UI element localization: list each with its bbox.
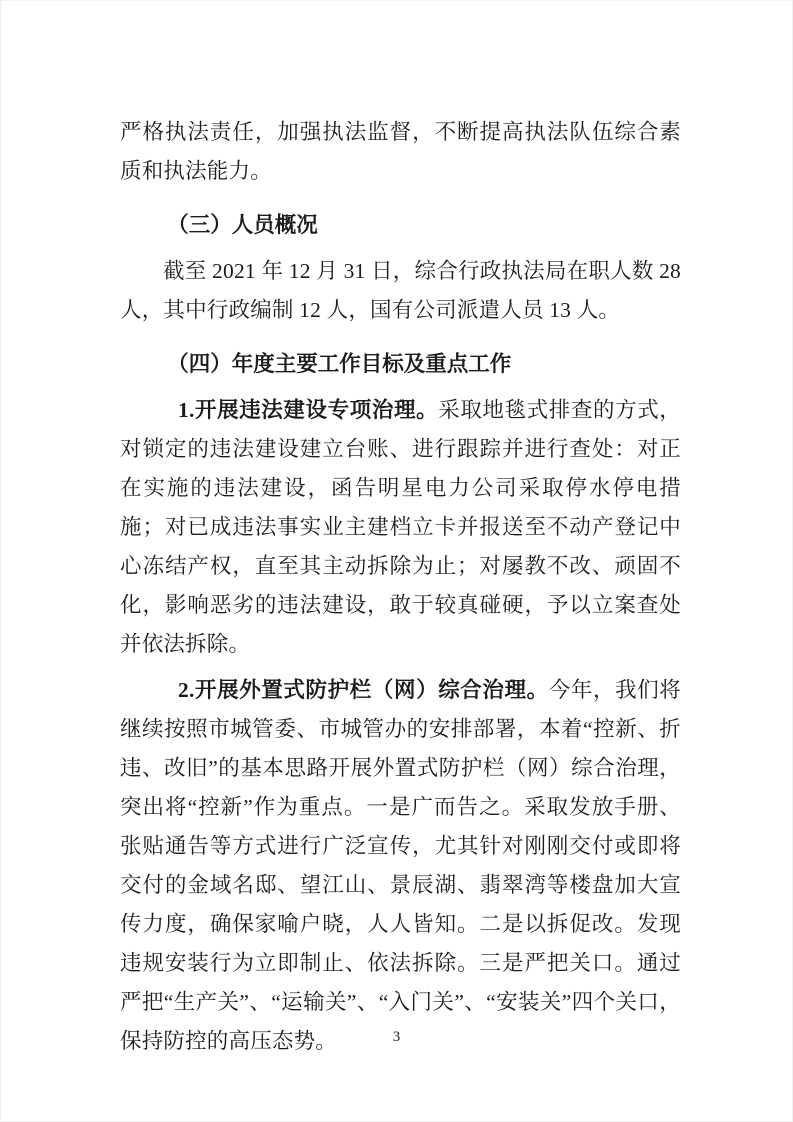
document-page: 严格执法责任，加强执法监督，不断提高执法队伍综合素质和执法能力。 （三）人员概况… <box>0 0 793 1122</box>
numbered-paragraph-1-body: 采取地毯式排查的方式，对锁定的违法建设建立台账、进行跟踪并进行查处：对正在实施的… <box>120 398 681 656</box>
section-heading-3: （三）人员概况 <box>120 206 681 245</box>
numbered-paragraph-2-body: 今年，我们将继续按照市城管委、市城管办的安排部署，本着“控新、折违、改旧”的基本… <box>120 678 681 1053</box>
numbered-paragraph-2-lead: 2.开展外置式防护栏（网）综合治理。 <box>178 678 549 702</box>
document-body: 严格执法责任，加强执法监督，不断提高执法队伍综合素质和执法能力。 （三）人员概况… <box>120 113 681 1061</box>
numbered-paragraph-2: 2.开展外置式防护栏（网）综合治理。今年，我们将继续按照市城管委、市城管办的安排… <box>120 671 681 1061</box>
section-heading-4: （四）年度主要工作目标及重点工作 <box>120 345 681 384</box>
numbered-paragraph-1: 1.开展违法建设专项治理。采取地毯式排查的方式，对锁定的违法建设建立台账、进行跟… <box>120 391 681 664</box>
paragraph-continuation: 严格执法责任，加强执法监督，不断提高执法队伍综合素质和执法能力。 <box>120 113 681 191</box>
numbered-paragraph-1-lead: 1.开展违法建设专项治理。 <box>178 398 438 422</box>
page-number: 3 <box>1 1027 792 1047</box>
paragraph-personnel-overview: 截至 2021 年 12 月 31 日，综合行政执法局在职人数 28 人，其中行… <box>120 252 681 330</box>
